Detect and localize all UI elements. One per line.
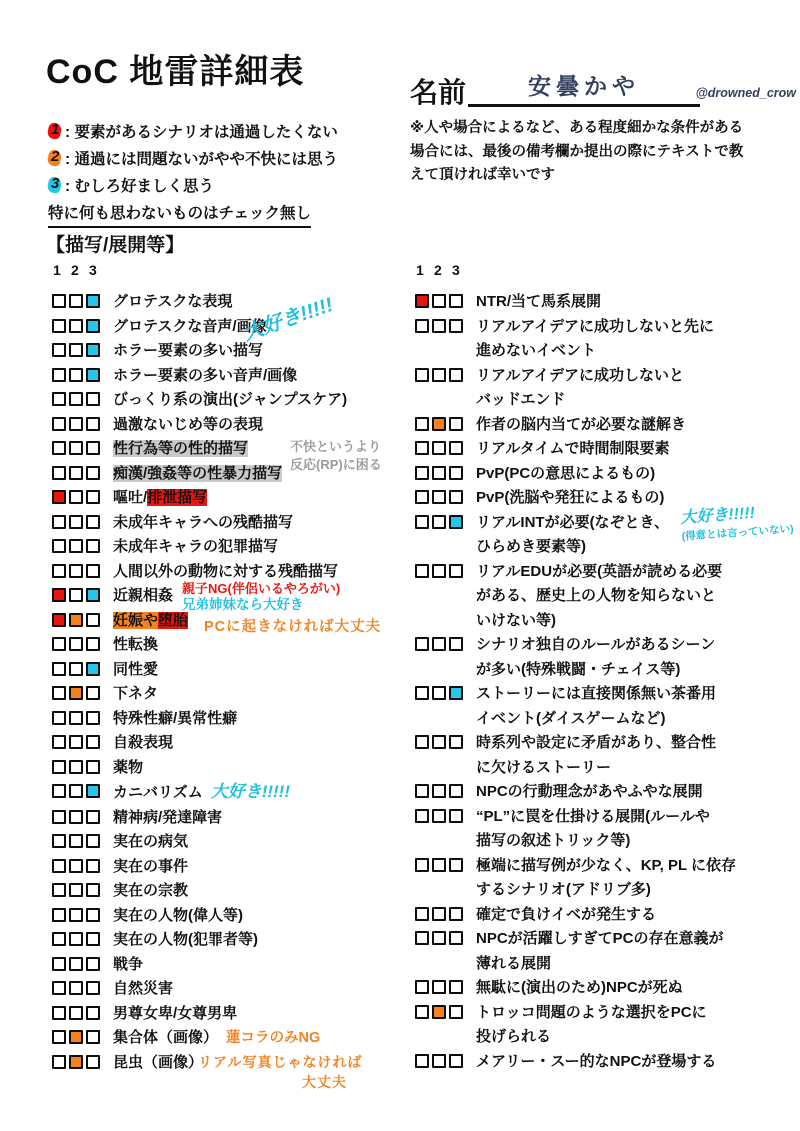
checkbox-group <box>52 466 103 480</box>
checkbox-2[interactable] <box>69 662 83 676</box>
legend-number-digit: 1 <box>48 121 59 138</box>
row-label: リアルアイデアに成功しないと バッドエンド <box>476 364 684 413</box>
checkbox-2[interactable] <box>432 784 446 798</box>
label-text: 近親相姦 <box>113 587 173 604</box>
row-label: グロテスクな表現 <box>113 290 232 315</box>
checkbox-2[interactable] <box>432 466 446 480</box>
row-label: 自殺表現 <box>113 731 173 756</box>
checklist-row: 不快というより反応(RP)に困る性行為等の性的描写 <box>52 437 415 462</box>
checkbox-3[interactable] <box>86 392 100 406</box>
checklist-row: グロテスクな音声/画像 <box>52 315 415 340</box>
label-text: メアリー・スー的なNPCが登場する <box>476 1053 716 1070</box>
checkbox-1[interactable] <box>415 907 429 921</box>
label-text: 作者の脳内当てが必要な謎解き <box>476 416 686 433</box>
label-text: 実在の事件 <box>113 858 188 875</box>
checkbox-1[interactable] <box>415 368 429 382</box>
legend-number: 2 <box>48 148 65 168</box>
row-label: びっくり系の演出(ジャンプスケア) <box>113 388 347 413</box>
checkbox-group <box>52 564 103 578</box>
checkbox-2[interactable] <box>432 564 446 578</box>
checkbox-group <box>415 809 466 823</box>
scale-header: 123 <box>52 262 415 286</box>
row-label: 妊娠や堕胎 <box>113 609 188 634</box>
checkbox-2[interactable] <box>432 858 446 872</box>
checkbox-3[interactable] <box>86 588 100 602</box>
checkbox-2[interactable] <box>432 637 446 651</box>
checkbox-2[interactable] <box>69 735 83 749</box>
label-text: 戦争 <box>113 956 143 973</box>
checkbox-1[interactable] <box>52 343 66 357</box>
checklist-row: トロッコ問題のような選択をPCに 投げられる <box>415 1001 794 1050</box>
checkbox-3[interactable] <box>449 907 463 921</box>
checkbox-group <box>52 784 103 798</box>
checkbox-3[interactable] <box>86 1055 100 1069</box>
checkbox-2[interactable] <box>432 417 446 431</box>
checkbox-2[interactable] <box>69 1030 83 1044</box>
checkbox-3[interactable] <box>86 1030 100 1044</box>
checkbox-3[interactable] <box>86 564 100 578</box>
label-text: 嘔吐/ <box>113 489 147 506</box>
scale-header-digit: 2 <box>70 262 88 278</box>
scale-header-digit: 1 <box>415 262 433 278</box>
checkbox-2[interactable] <box>432 490 446 504</box>
row-label: 無駄に(演出のため)NPCが死ぬ <box>476 976 683 1001</box>
checkbox-2[interactable] <box>69 686 83 700</box>
checkbox-group <box>52 490 103 504</box>
checkbox-group <box>52 1006 103 1020</box>
legend-number: 3 <box>48 175 65 195</box>
checkbox-group <box>415 319 466 333</box>
checkbox-3[interactable] <box>86 368 100 382</box>
row-label: 薬物 <box>113 756 143 781</box>
label-text: NPCが活躍しすぎてPCの存在意義が 薄れる展開 <box>476 930 724 972</box>
checklist-row: リアルアイデアに成功しないと バッドエンド <box>415 364 794 413</box>
checkbox-2[interactable] <box>69 1055 83 1069</box>
checklist-row: 痴漢/強姦等の性暴力描写 <box>52 462 415 487</box>
checklist-row: 過激ないじめ等の表現 <box>52 413 415 438</box>
checkbox-1[interactable] <box>415 319 429 333</box>
checkbox-group <box>52 932 103 946</box>
checkbox-2[interactable] <box>69 294 83 308</box>
checkbox-group <box>52 883 103 897</box>
checkbox-1[interactable] <box>52 466 66 480</box>
checkbox-group <box>52 735 103 749</box>
checkbox-1[interactable] <box>415 466 429 480</box>
checkbox-3[interactable] <box>449 931 463 945</box>
row-label: 実在の病気 <box>113 830 188 855</box>
label-text: 自然災害 <box>113 980 173 997</box>
checkbox-1[interactable] <box>52 662 66 676</box>
checkbox-3[interactable] <box>449 1054 463 1068</box>
checkbox-2[interactable] <box>69 343 83 357</box>
checkbox-3[interactable] <box>86 883 100 897</box>
row-label: 作者の脳内当てが必要な謎解き <box>476 413 686 438</box>
checkbox-2[interactable] <box>69 392 83 406</box>
checkbox-group <box>52 613 103 627</box>
checkbox-2[interactable] <box>432 368 446 382</box>
checkbox-1[interactable] <box>52 564 66 578</box>
checkbox-1[interactable] <box>52 613 66 627</box>
legend-item: 1: 要素があるシナリオは通過したくない <box>48 117 338 144</box>
checklist-row: NTR/当て馬系展開 <box>415 290 794 315</box>
checkbox-3[interactable] <box>449 490 463 504</box>
checkbox-1[interactable] <box>415 515 429 529</box>
checklist-row: NPCが活躍しすぎてPCの存在意義が 薄れる展開 <box>415 927 794 976</box>
checklist-row: 性転換 <box>52 633 415 658</box>
checkbox-3[interactable] <box>86 1006 100 1020</box>
checklist-row: 大好き!!!!!ホラー要素の多い描写 <box>52 339 415 364</box>
checkbox-2[interactable] <box>432 294 446 308</box>
checkbox-2[interactable] <box>432 1005 446 1019</box>
label-text: ホラー要素の多い描写 <box>113 342 263 359</box>
checkbox-1[interactable] <box>52 1055 66 1069</box>
checkbox-3[interactable] <box>449 466 463 480</box>
checkbox-group <box>415 564 466 578</box>
checkbox-1[interactable] <box>52 441 66 455</box>
checkbox-1[interactable] <box>52 588 66 602</box>
checklist-row: 自殺表現 <box>52 731 415 756</box>
checkbox-3[interactable] <box>86 466 100 480</box>
row-label: 極端に描写例が少なく、KP, PL に依存 するシナリオ(アドリブ多) <box>476 854 736 903</box>
checkbox-1[interactable] <box>52 784 66 798</box>
row-label: NPCが活躍しすぎてPCの存在意義が 薄れる展開 <box>476 927 724 976</box>
checkbox-1[interactable] <box>415 931 429 945</box>
checkbox-2[interactable] <box>69 588 83 602</box>
checklist-row: 集合体（画像）蓮コラのみNG <box>52 1026 415 1051</box>
checkbox-group <box>415 980 466 994</box>
checkbox-1[interactable] <box>52 908 66 922</box>
label-text: シナリオ独自のルールがあるシーン が多い(特殊戦闘・チェイス等) <box>476 636 715 678</box>
checkbox-1[interactable] <box>52 515 66 529</box>
checklist-column-left: 123グロテスクな表現グロテスクな音声/画像大好き!!!!!ホラー要素の多い描写… <box>52 262 415 1075</box>
checkbox-group <box>415 441 466 455</box>
checkbox-1[interactable] <box>52 1030 66 1044</box>
row-label: 特殊性癖/異常性癖 <box>113 707 237 732</box>
checkbox-3[interactable] <box>449 319 463 333</box>
row-label: ホラー要素の多い描写 <box>113 339 263 364</box>
handwritten-note-line: 蓮コラのみNG <box>226 1026 320 1051</box>
label-text: カニバリズム <box>113 784 203 801</box>
checkbox-1[interactable] <box>52 957 66 971</box>
checkbox-2[interactable] <box>69 441 83 455</box>
handwritten-note-line: 不快というより <box>290 438 382 456</box>
name-label: 名前 <box>410 79 466 107</box>
label-text: 確定で負けイベが発生する <box>476 906 656 923</box>
checkbox-3[interactable] <box>86 784 100 798</box>
checklist-columns: 123グロテスクな表現グロテスクな音声/画像大好き!!!!!ホラー要素の多い描写… <box>52 262 794 1075</box>
checkbox-3[interactable] <box>86 515 100 529</box>
checklist-row: 男尊女卑/女尊男卑 <box>52 1002 415 1027</box>
checkbox-1[interactable] <box>415 490 429 504</box>
highlighted-text: 堕胎 <box>158 612 188 629</box>
checkbox-3[interactable] <box>86 686 100 700</box>
checkbox-2[interactable] <box>432 809 446 823</box>
row-label: 実在の人物(偉人等) <box>113 904 243 929</box>
checkbox-3[interactable] <box>86 417 100 431</box>
checkbox-3[interactable] <box>86 957 100 971</box>
checkbox-3[interactable] <box>86 637 100 651</box>
row-label: PvP(洗脳や発狂によるもの) <box>476 486 664 511</box>
checklist-row: 同性愛 <box>52 658 415 683</box>
checklist-row: “PL”に罠を仕掛ける展開(ルールや 描写の叙述トリック等) <box>415 805 794 854</box>
checkbox-3[interactable] <box>86 539 100 553</box>
checkbox-3[interactable] <box>86 711 100 725</box>
page-title: CoC 地雷詳細表 <box>46 44 304 93</box>
checkbox-group <box>52 294 103 308</box>
checkbox-2[interactable] <box>432 686 446 700</box>
checkbox-1[interactable] <box>52 392 66 406</box>
checkbox-2[interactable] <box>69 883 83 897</box>
checkbox-1[interactable] <box>52 735 66 749</box>
label-text: 実在の人物(犯罪者等) <box>113 931 258 948</box>
checklist-row: 作者の脳内当てが必要な謎解き <box>415 413 794 438</box>
checkbox-2[interactable] <box>69 810 83 824</box>
scale-header-digit: 2 <box>433 262 451 278</box>
checkbox-2[interactable] <box>69 417 83 431</box>
checkbox-group <box>52 515 103 529</box>
checkbox-1[interactable] <box>415 1054 429 1068</box>
checkbox-1[interactable] <box>415 564 429 578</box>
note-text: ※人や場合によるなど、ある程度細かな条件がある 場合には、最後の備考欄か提出の際… <box>410 117 792 188</box>
checkbox-1[interactable] <box>415 441 429 455</box>
checkbox-1[interactable] <box>415 858 429 872</box>
row-label: 同性愛 <box>113 658 158 683</box>
checkbox-3[interactable] <box>86 834 100 848</box>
checkbox-3[interactable] <box>449 441 463 455</box>
checkbox-group <box>415 466 466 480</box>
row-label: 性行為等の性的描写 <box>113 437 248 462</box>
checklist-row: PCに起きなければ大丈夫妊娠や堕胎 <box>52 609 415 634</box>
label-text: 実在の病気 <box>113 833 188 850</box>
checkbox-group <box>415 1005 466 1019</box>
checkbox-3[interactable] <box>449 515 463 529</box>
checkbox-3[interactable] <box>86 319 100 333</box>
checklist-row: 実在の病気 <box>52 830 415 855</box>
checkbox-group <box>52 662 103 676</box>
checkbox-3[interactable] <box>449 735 463 749</box>
checkbox-2[interactable] <box>432 441 446 455</box>
checkbox-1[interactable] <box>415 784 429 798</box>
checkbox-group <box>52 957 103 971</box>
label-text: トロッコ問題のような選択をPCに 投げられる <box>476 1004 707 1046</box>
checkbox-2[interactable] <box>69 908 83 922</box>
row-label: 男尊女卑/女尊男卑 <box>113 1002 237 1027</box>
row-label: リアルINTが必要(なぞとき、 ひらめき要素等) <box>476 511 669 560</box>
checkbox-1[interactable] <box>415 1005 429 1019</box>
checkbox-1[interactable] <box>52 711 66 725</box>
handwritten-note-line: 大丈夫 <box>198 1072 362 1092</box>
name-field[interactable]: 安曇かや @drowned_crow <box>468 68 700 107</box>
checkbox-1[interactable] <box>415 294 429 308</box>
checkbox-2[interactable] <box>69 515 83 529</box>
checkbox-3[interactable] <box>86 441 100 455</box>
checklist-row: 精神病/発達障害 <box>52 806 415 831</box>
checkbox-3[interactable] <box>449 368 463 382</box>
label-text: 実在の人物(偉人等) <box>113 907 243 924</box>
label-text: リアルINTが必要(なぞとき、 ひらめき要素等) <box>476 514 669 556</box>
legend-number-digit: 2 <box>48 148 59 165</box>
label-text: リアルタイムで時間制限要素 <box>476 440 670 457</box>
checkbox-3[interactable] <box>86 859 100 873</box>
label-text: 昆虫（画像） <box>113 1054 203 1071</box>
label-text: 集合体（画像） <box>113 1029 218 1046</box>
checkbox-1[interactable] <box>52 294 66 308</box>
checkbox-3[interactable] <box>86 760 100 774</box>
label-text: 実在の宗教 <box>113 882 188 899</box>
legend-number: 1 <box>48 121 65 141</box>
checkbox-1[interactable] <box>52 417 66 431</box>
legend-item-label: : 要素があるシナリオは通過したくない <box>65 120 338 142</box>
checkbox-3[interactable] <box>449 637 463 651</box>
row-label: PvP(PCの意思によるもの) <box>476 462 655 487</box>
checkbox-2[interactable] <box>69 859 83 873</box>
checkbox-1[interactable] <box>415 686 429 700</box>
checklist-row: ホラー要素の多い音声/画像 <box>52 364 415 389</box>
checkbox-group <box>52 588 103 602</box>
checkbox-2[interactable] <box>69 490 83 504</box>
name-value: 安曇かや <box>468 68 700 101</box>
checklist-row: リアルアイデアに成功しないと先に 進めないイベント <box>415 315 794 364</box>
checkbox-2[interactable] <box>69 760 83 774</box>
label-text: 下ネタ <box>113 685 158 702</box>
checkbox-2[interactable] <box>69 466 83 480</box>
handwritten-note-line: 大好き!!!!! <box>211 780 290 805</box>
checkbox-2[interactable] <box>432 735 446 749</box>
note-line: 場合には、最後の備考欄か提出の際にテキストで教 <box>410 141 792 165</box>
checkbox-1[interactable] <box>415 980 429 994</box>
label-text: 人間以外の動物に対する残酷描写 <box>113 563 338 580</box>
checkbox-1[interactable] <box>52 859 66 873</box>
row-label: カニバリズム大好き!!!!! <box>113 780 290 806</box>
checkbox-group <box>415 784 466 798</box>
label-text: リアルアイデアに成功しないと先に 進めないイベント <box>476 318 714 360</box>
checkbox-2[interactable] <box>432 1054 446 1068</box>
checklist-row: 実在の事件 <box>52 855 415 880</box>
checkbox-3[interactable] <box>449 784 463 798</box>
checkbox-3[interactable] <box>86 908 100 922</box>
checklist-row: リアル写真じゃなければ大丈夫昆虫（画像） <box>52 1051 415 1076</box>
checkbox-2[interactable] <box>432 319 446 333</box>
checkbox-group <box>52 711 103 725</box>
checkbox-3[interactable] <box>86 735 100 749</box>
checklist-row: リアルタイムで時間制限要素 <box>415 437 794 462</box>
row-label: NPCの行動理念があやふやな展開 <box>476 780 703 805</box>
checkbox-1[interactable] <box>52 981 66 995</box>
checkbox-2[interactable] <box>69 613 83 627</box>
checkbox-1[interactable] <box>52 539 66 553</box>
checkbox-1[interactable] <box>52 932 66 946</box>
checkbox-group <box>52 539 103 553</box>
checkbox-group <box>52 368 103 382</box>
checkbox-2[interactable] <box>69 368 83 382</box>
row-label: シナリオ独自のルールがあるシーン が多い(特殊戦闘・チェイス等) <box>476 633 715 682</box>
checkbox-3[interactable] <box>86 981 100 995</box>
checkbox-1[interactable] <box>52 834 66 848</box>
checkbox-group <box>52 859 103 873</box>
checkbox-3[interactable] <box>86 613 100 627</box>
row-label: 実在の人物(犯罪者等) <box>113 928 258 953</box>
checkbox-2[interactable] <box>69 564 83 578</box>
checkbox-3[interactable] <box>449 686 463 700</box>
checkbox-3[interactable] <box>449 980 463 994</box>
checkbox-3[interactable] <box>449 1005 463 1019</box>
label-text: 極端に描写例が少なく、KP, PL に依存 するシナリオ(アドリブ多) <box>476 857 736 899</box>
checkbox-2[interactable] <box>69 981 83 995</box>
checkbox-3[interactable] <box>449 417 463 431</box>
checkbox-group <box>52 810 103 824</box>
checkbox-3[interactable] <box>86 932 100 946</box>
label-text: 過激ないじめ等の表現 <box>113 416 263 433</box>
checkbox-1[interactable] <box>52 1006 66 1020</box>
checkbox-2[interactable] <box>432 931 446 945</box>
checklist-row: 大好き!!!!!(得意とは言っていない)リアルINTが必要(なぞとき、 ひらめき… <box>415 511 794 560</box>
checkbox-3[interactable] <box>449 294 463 308</box>
checklist-row: びっくり系の演出(ジャンプスケア) <box>52 388 415 413</box>
checkbox-2[interactable] <box>69 539 83 553</box>
label-text: リアルアイデアに成功しないと バッドエンド <box>476 367 684 409</box>
checklist-row: 嘔吐/排泄描写 <box>52 486 415 511</box>
checkbox-1[interactable] <box>52 368 66 382</box>
checkbox-1[interactable] <box>415 809 429 823</box>
checkbox-3[interactable] <box>86 810 100 824</box>
label-text: 特殊性癖/異常性癖 <box>113 710 237 727</box>
checkbox-3[interactable] <box>449 858 463 872</box>
checkbox-2[interactable] <box>69 834 83 848</box>
handwritten-note: リアル写真じゃなければ大丈夫 <box>198 1052 362 1092</box>
checkbox-1[interactable] <box>52 810 66 824</box>
checkbox-3[interactable] <box>449 809 463 823</box>
checkbox-1[interactable] <box>52 319 66 333</box>
checkbox-1[interactable] <box>52 686 66 700</box>
highlighted-text: 排泄描写 <box>147 489 207 506</box>
checkbox-3[interactable] <box>449 564 463 578</box>
checkbox-1[interactable] <box>52 760 66 774</box>
name-handle: @drowned_crow <box>696 86 796 100</box>
checkbox-2[interactable] <box>432 515 446 529</box>
label-text: 時系列や設定に矛盾があり、整合性 に欠けるストーリー <box>476 734 716 776</box>
legend-item: 3: むしろ好ましく思う <box>48 171 338 198</box>
checkbox-1[interactable] <box>52 883 66 897</box>
checkbox-3[interactable] <box>86 343 100 357</box>
checkbox-3[interactable] <box>86 662 100 676</box>
checkbox-1[interactable] <box>415 735 429 749</box>
checkbox-2[interactable] <box>432 907 446 921</box>
checkbox-3[interactable] <box>86 294 100 308</box>
checkbox-2[interactable] <box>69 319 83 333</box>
checkbox-2[interactable] <box>69 957 83 971</box>
checkbox-2[interactable] <box>69 1006 83 1020</box>
checklist-row: シナリオ独自のルールがあるシーン が多い(特殊戦闘・チェイス等) <box>415 633 794 682</box>
page: CoC 地雷詳細表 名前 安曇かや @drowned_crow ※人や場合による… <box>0 0 800 1131</box>
checkbox-2[interactable] <box>69 711 83 725</box>
label-text: ストーリーには直接関係無い茶番用 イベント(ダイスゲームなど) <box>476 685 716 727</box>
checklist-row: グロテスクな表現 <box>52 290 415 315</box>
checkbox-2[interactable] <box>69 637 83 651</box>
checkbox-2[interactable] <box>69 932 83 946</box>
checkbox-2[interactable] <box>69 784 83 798</box>
checkbox-1[interactable] <box>415 637 429 651</box>
checkbox-1[interactable] <box>52 490 66 504</box>
legend-item-label: : むしろ好ましく思う <box>65 174 214 196</box>
checkbox-group <box>415 490 466 504</box>
checkbox-1[interactable] <box>52 637 66 651</box>
checkbox-2[interactable] <box>432 980 446 994</box>
checkbox-1[interactable] <box>415 417 429 431</box>
checkbox-group <box>52 1055 103 1069</box>
checkbox-group <box>415 735 466 749</box>
legend-footer: 特に何も思わないものはチェック無し <box>48 201 311 228</box>
checkbox-3[interactable] <box>86 490 100 504</box>
